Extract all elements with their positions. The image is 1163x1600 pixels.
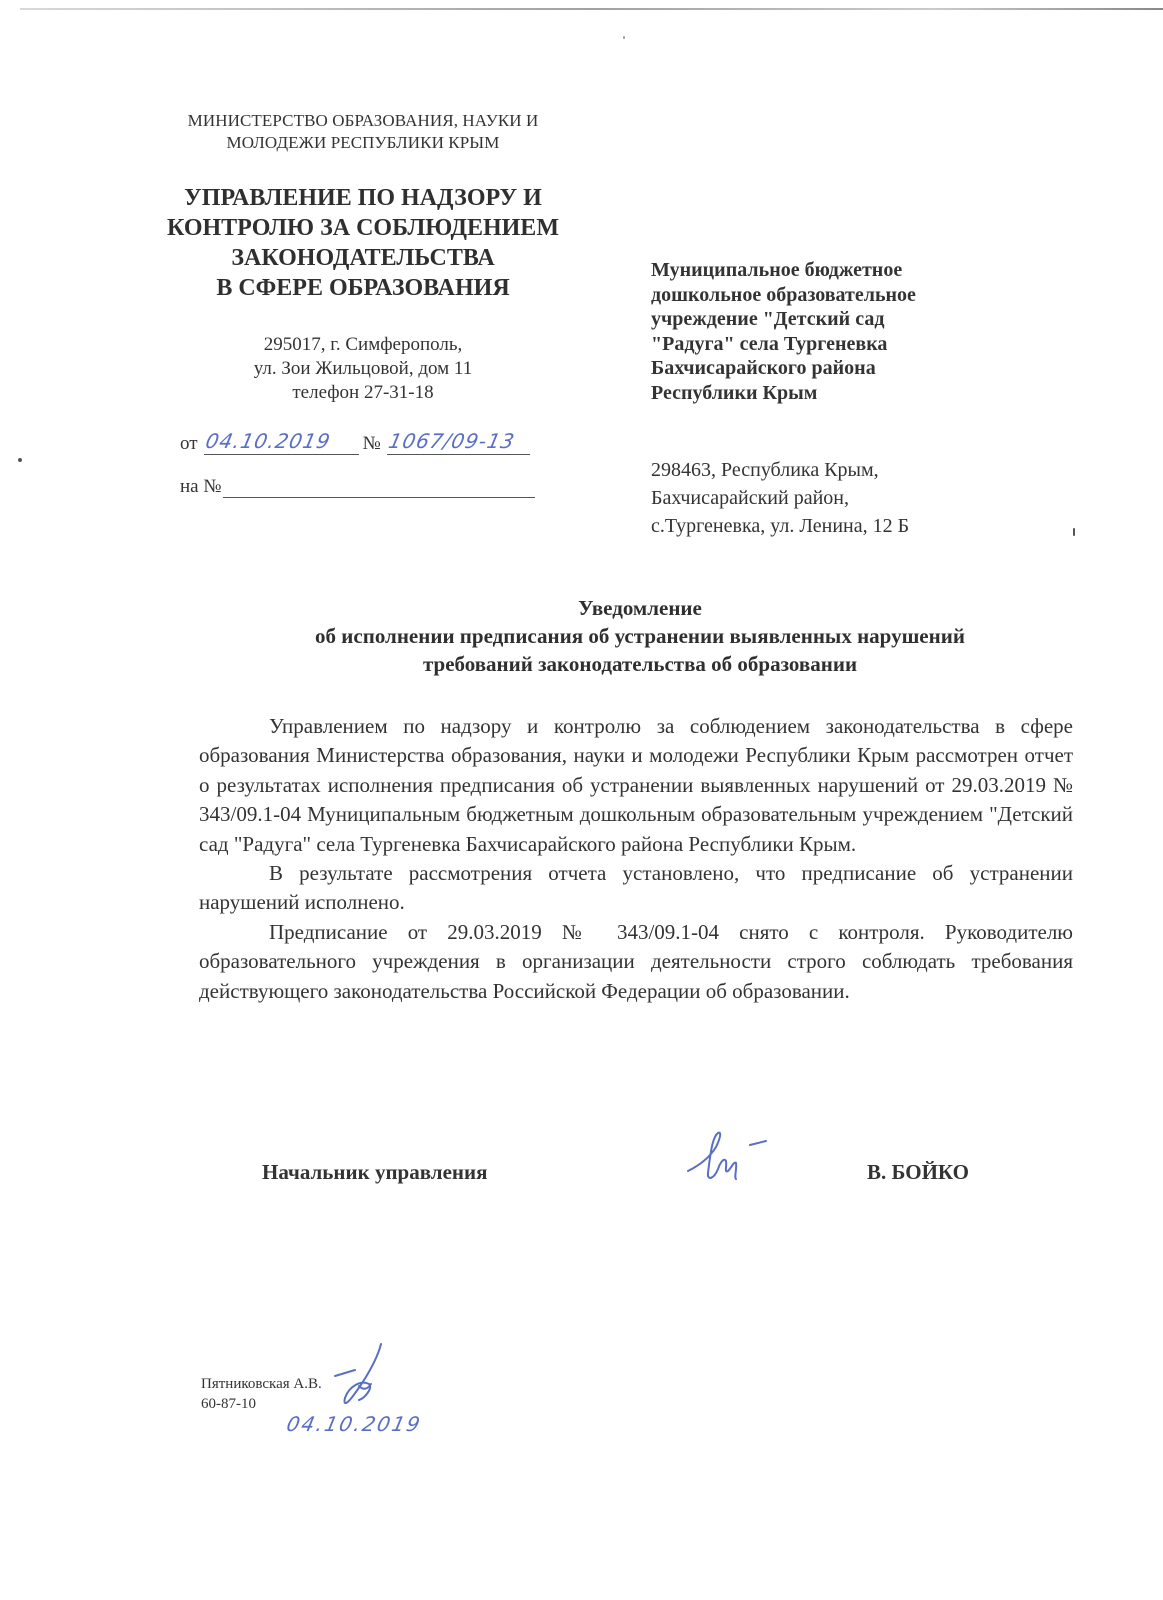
sender-address: 295017, г. Симферополь, ул. Зои Жильцово… [148,333,578,405]
recipient-line: Муниципальное бюджетное [651,258,1071,283]
handwritten-date: 04.10.2019 [203,429,333,453]
address-line: ул. Зои Жильцовой, дом 11 [148,357,578,381]
recipient-line: Республики Крым [651,381,1071,406]
signatory-name: В. БОЙКО [867,1160,969,1185]
department-header: УПРАВЛЕНИЕ ПО НАДЗОРУ И КОНТРОЛЮ ЗА СОБЛ… [148,183,578,303]
reply-number-field [223,475,535,498]
department-line: УПРАВЛЕНИЕ ПО НАДЗОРУ И [148,183,578,213]
document-title: Уведомление об исполнении предписания об… [200,594,1080,678]
number-field: 1067/09-13 [387,432,530,455]
department-line: ЗАКОНОДАТЕЛЬСТВА [148,243,578,273]
handwritten-signature-icon [680,1127,790,1193]
document-body: Управлением по надзору и контролю за соб… [199,712,1073,1006]
recipient-address: 298463, Республика Крым, Бахчисарайский … [651,456,909,540]
reply-label: на № [180,476,221,498]
scan-edge-line [20,8,1163,10]
ministry-line: МОЛОДЕЖИ РЕСПУБЛИКИ КРЫМ [148,132,578,154]
scan-speck [1073,528,1075,536]
from-label: от [180,433,198,455]
recipient-line: дошкольное образовательное [651,283,1071,308]
executor-phone: 60-87-10 [201,1394,322,1414]
address-line: 295017, г. Симферополь, [148,333,578,357]
address-line: Бахчисарайский район, [651,484,909,512]
handwritten-executor-date: 04.10.2019 [284,1412,424,1436]
department-line: КОНТРОЛЮ ЗА СОБЛЮДЕНИЕМ [148,213,578,243]
outgoing-reference: от 04.10.2019 № 1067/09-13 [180,432,530,455]
recipient-line: "Радуга" села Тургеневка [651,332,1071,357]
date-field: 04.10.2019 [204,432,359,455]
reply-reference: на № [180,475,535,498]
title-line: об исполнении предписания об устранении … [200,622,1080,650]
scan-speck [623,36,625,39]
number-label: № [363,433,381,455]
executor-name: Пятниковская А.В. [201,1374,322,1394]
title-line: требований законодательства об образован… [200,650,1080,678]
department-line: В СФЕРЕ ОБРАЗОВАНИЯ [148,273,578,303]
handwritten-number: 1067/09-13 [386,429,517,453]
body-paragraph: В результате рассмотрения отчета установ… [199,859,1073,918]
recipient-line: учреждение "Детский сад [651,307,1071,332]
recipient-line: Бахчисарайского района [651,356,1071,381]
address-line: 298463, Республика Крым, [651,456,909,484]
address-line: телефон 27-31-18 [148,381,578,405]
scan-speck [18,458,22,462]
title-line: Уведомление [200,594,1080,622]
signatory-position: Начальник управления [262,1160,487,1185]
body-paragraph: Управлением по надзору и контролю за соб… [199,712,1073,859]
ministry-line: МИНИСТЕРСТВО ОБРАЗОВАНИЯ, НАУКИ И [148,110,578,132]
ministry-header: МИНИСТЕРСТВО ОБРАЗОВАНИЯ, НАУКИ И МОЛОДЕ… [148,110,578,154]
address-line: с.Тургеневка, ул. Ленина, 12 Б [651,512,909,540]
body-paragraph: Предписание от 29.03.2019 № 343/09.1-04 … [199,918,1073,1006]
executor-info: Пятниковская А.В. 60-87-10 [201,1374,322,1414]
recipient-name: Муниципальное бюджетное дошкольное образ… [651,258,1071,405]
